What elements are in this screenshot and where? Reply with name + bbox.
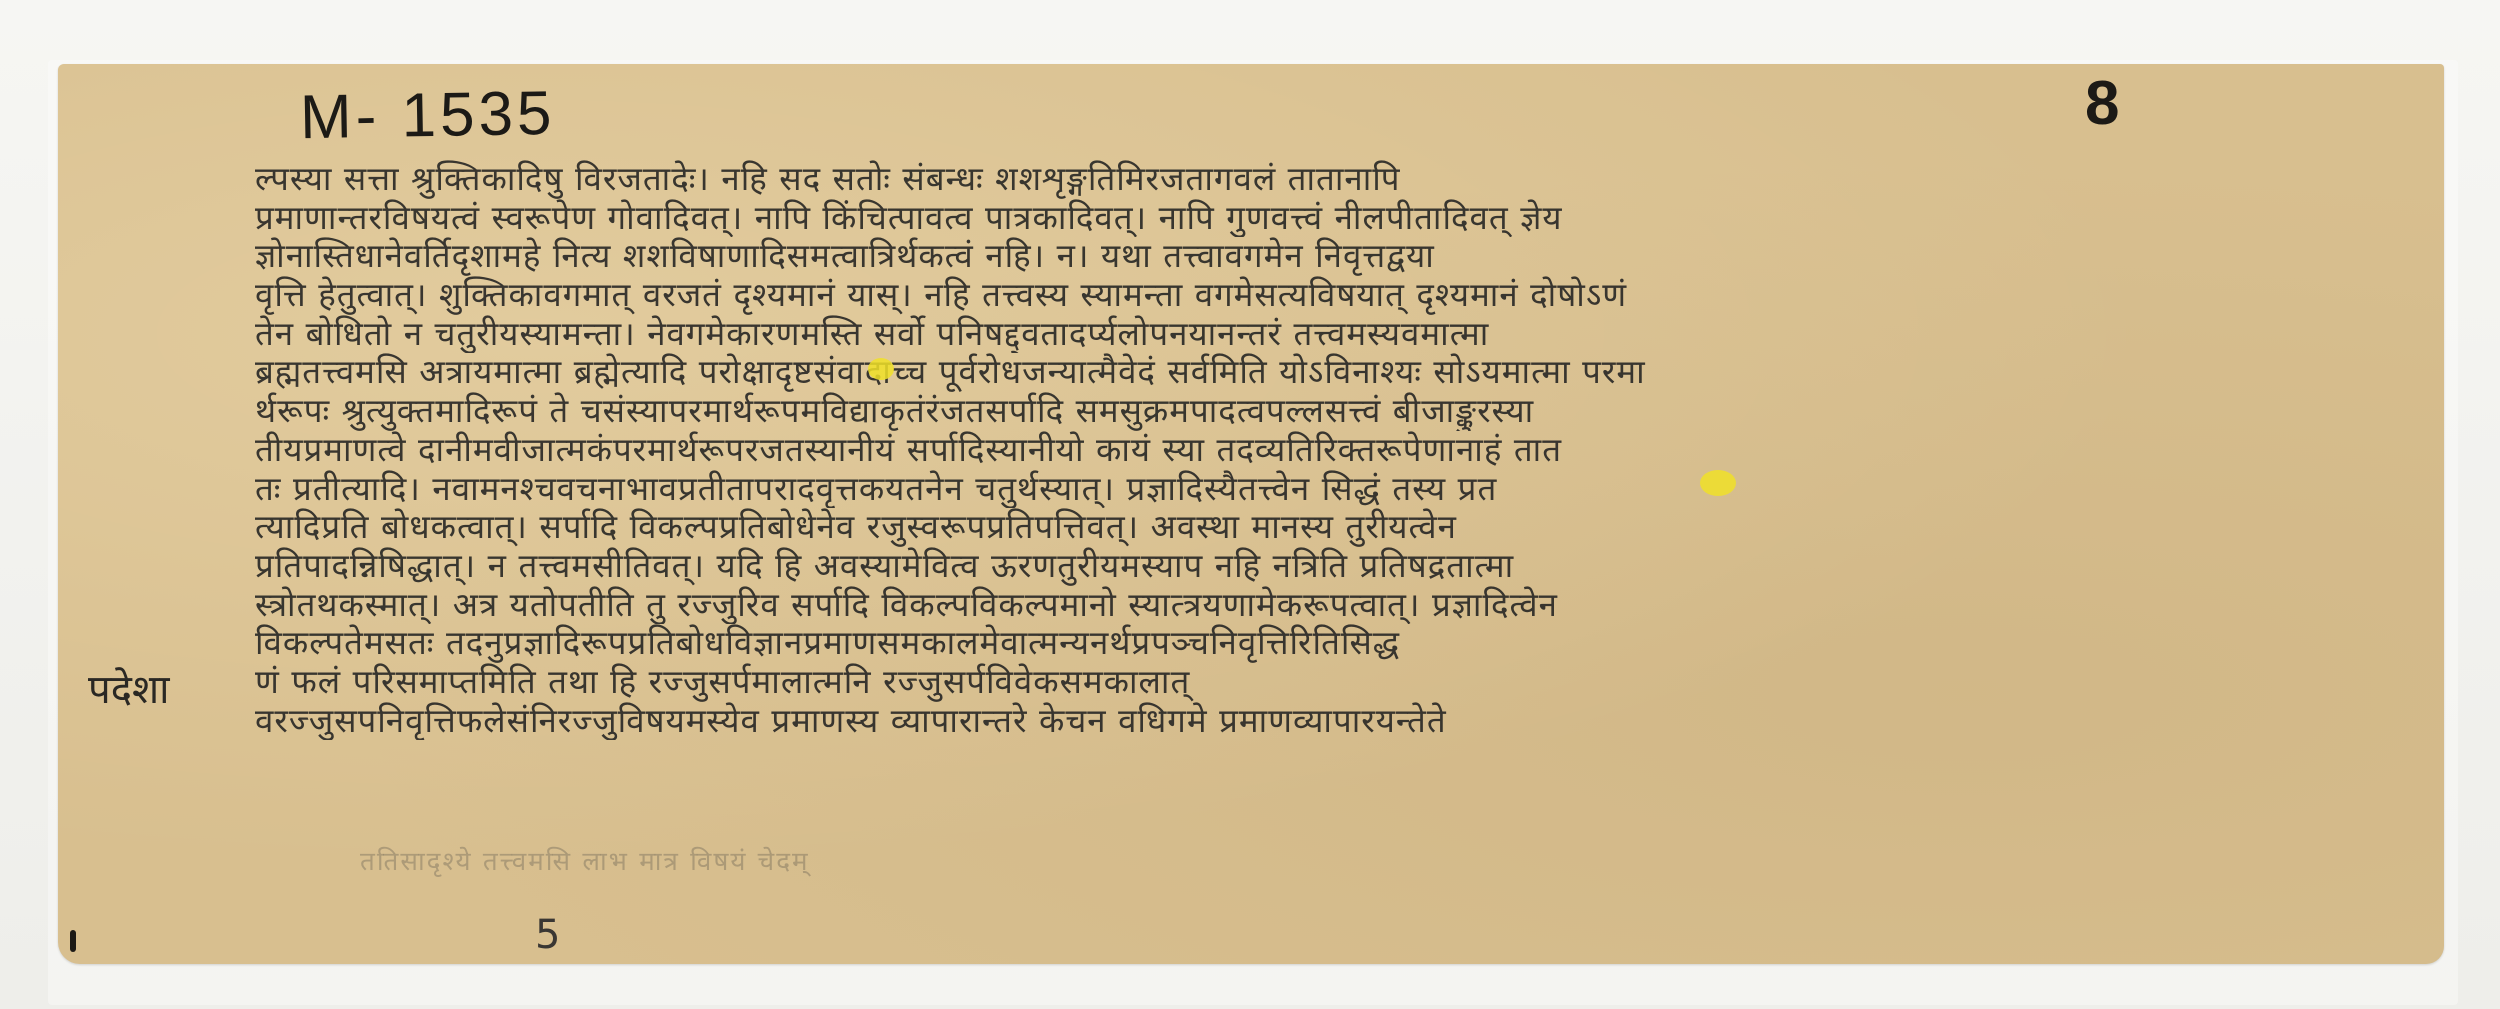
text-line-14: णं फलं परिसमाप्तमिति तथा हि रज्जुसर्पमाल… <box>255 663 2435 702</box>
text-line-13: विकल्पतेमसतः तदनुप्रज्ञादिरूपप्रतिबोधविज… <box>255 624 2435 663</box>
yellow-stain <box>868 358 894 380</box>
text-line-3: ज्ञोनास्तिधानेवर्तिदृशामहे नित्य शशविषाण… <box>255 237 2435 276</box>
text-line-1: ल्पस्या सत्ता श्रुक्तिकादिषु विरजतादेः। … <box>255 160 2435 199</box>
text-line-5: तेन बोधितो न चतुरीयस्यामन्ता। नेवगमेकारण… <box>255 315 2435 354</box>
text-line-11: प्रतिपादन्निषिद्धात्। न तत्त्वमसीतिवत्। … <box>255 547 2435 586</box>
text-line-8: तीयप्रमाणत्वे दानीमवीजात्मकंपरमार्थरूपरज… <box>255 431 2435 470</box>
text-line-15: वरज्जुसपनिवृत्तिफलेसंनिरज्जुविषयमस्येव प… <box>255 702 2435 741</box>
text-line-4: वृत्ति हेतुत्वात्। शुक्तिकावगमात् वरजतं … <box>255 276 2435 315</box>
margin-note: पदेशा <box>88 660 170 715</box>
bleed-through-text: ततिसादृश्ये तत्त्वमसि लाभ मात्र विषयं चे… <box>360 842 810 878</box>
edge-ink-mark <box>70 930 76 952</box>
text-line-2: प्रमाणान्तरविषयत्वं स्वरूपेण गोवादिवत्। … <box>255 199 2435 238</box>
text-line-6: ब्रह्मतत्त्वमसि अत्रायमात्मा ब्रह्मेत्या… <box>255 353 2435 392</box>
manuscript-text: ल्पस्या सत्ता श्रुक्तिकादिषु विरजतादेः। … <box>255 160 2435 740</box>
text-line-7: र्थरूपः श्रुत्युक्तमादिरूपं ते चसंस्यापर… <box>255 392 2435 431</box>
text-line-9: तः प्रतीत्यादि। नवामनश्चवचनाभावप्रतीतापर… <box>255 470 2435 509</box>
text-line-10: त्यादिप्रति बोधकत्वात्। सर्पादि विकल्पप्… <box>255 508 2435 547</box>
yellow-stain <box>1700 470 1736 496</box>
pencil-mark: 5 <box>535 912 560 958</box>
text-line-12: स्त्रोतथकस्मात्। अत्र यतोपतीति तु रज्जुर… <box>255 586 2435 625</box>
shelf-mark: M- 1535 <box>299 78 556 153</box>
folio-number: 8 <box>2085 68 2119 139</box>
